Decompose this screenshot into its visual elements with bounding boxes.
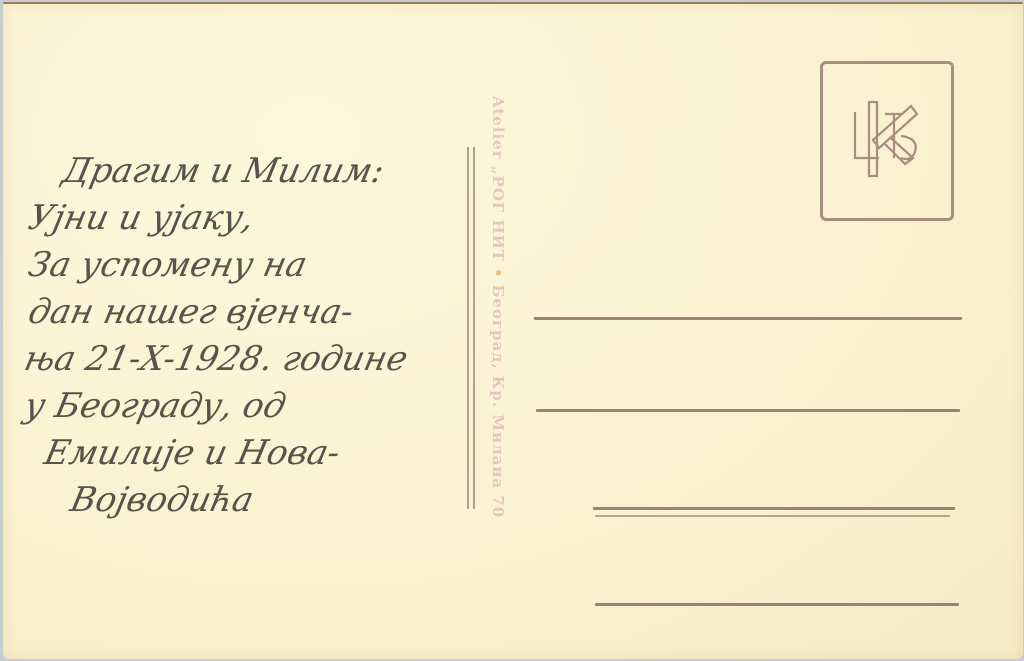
postcard-back: Atelier „РОГ НИТ•Београд, Кр. Милана 70 … [3,2,1023,659]
imprint-bullet: • [489,268,507,279]
message-line: Емилије и Нова- [10,430,480,477]
imprint-text-1: Atelier „РОГ НИТ [489,96,507,262]
message-line: За успомену на [10,242,480,289]
message-line: Ујни и ујаку, [10,195,480,242]
ltk-monogram-icon [853,94,925,184]
stamp-box: ЛТК monogram [820,61,954,221]
address-line-3-underline [595,515,950,517]
handwritten-message: Драгим и Милим: Ујни и ујаку, За успомен… [15,104,475,524]
publisher-imprint: Atelier „РОГ НИТ•Београд, Кр. Милана 70 [483,96,507,536]
message-line: Драгим и Милим: [10,148,480,195]
message-line: ња 21-X-1928. године [10,336,480,383]
address-line-1 [534,317,962,320]
message-line: у Београду, од [10,383,480,430]
address-line-3 [593,507,955,510]
message-line: дан нашег вјенча- [10,289,480,336]
imprint-text-2: Београд, Кр. Милана 70 [489,285,507,519]
address-line-4 [595,603,959,606]
address-line-2 [536,409,960,412]
message-line: Војводића [10,477,480,524]
